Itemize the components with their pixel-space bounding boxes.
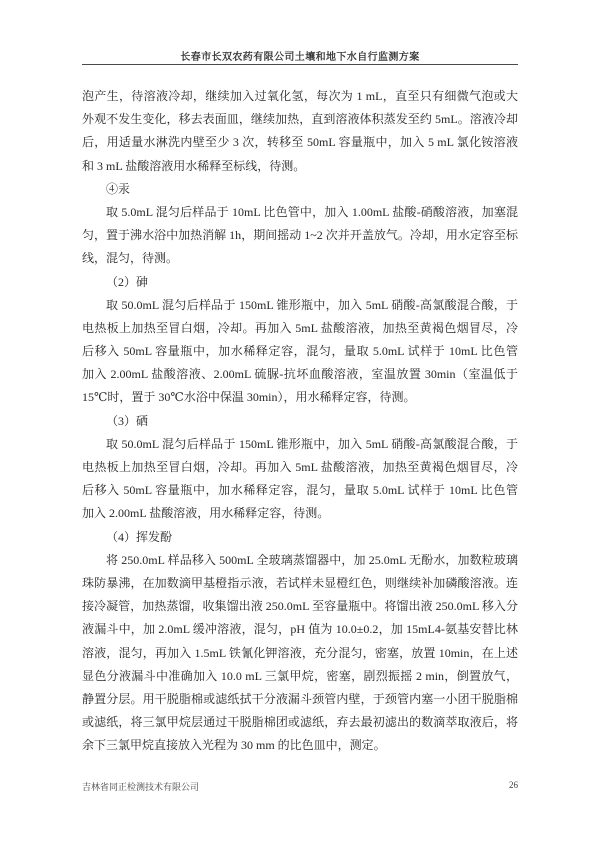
body-line: 泡产生，待溶液冷却，继续加入过氧化氢，每次为 1 mL，直至只有细微气泡或大致	[82, 85, 518, 108]
body-line: 和 3 mL 盐酸溶液用水稀释至标线，待测。	[82, 155, 518, 178]
body-line: 加入 2.00mL 盐酸溶液，用水稀释定容，待测。	[82, 502, 518, 525]
body-line: （2）砷	[82, 271, 518, 294]
body-line: 后移入 50mL 容量瓶中，加水稀释定容，混匀，量取 5.0mL 试样于 10m…	[82, 479, 518, 502]
body-line: 后，用适量水淋洗内壁至少 3 次，转移至 50mL 容量瓶中，加入 5 mL 氯…	[82, 131, 518, 154]
page-footer: 吉林省同正检测技术有限公司 26	[82, 780, 518, 793]
body-line: （4）挥发酚	[82, 526, 518, 549]
body-line: 电热板上加热至冒白烟，冷却。再加入 5mL 盐酸溶液，加热至黄褐色烟冒尽，冷却	[82, 456, 518, 479]
body-line: 匀，置于沸水浴中加热消解 1h，期间摇动 1~2 次并开盖放气。冷却，用水定容至…	[82, 224, 518, 247]
footer-company: 吉林省同正检测技术有限公司	[82, 780, 199, 793]
body-line: 后移入 50mL 容量瓶中，加水稀释定容，混匀，量取 5.0mL 试样于 10m…	[82, 340, 518, 363]
page-number: 26	[509, 780, 518, 790]
body-line: 取 50.0mL 混匀后样品于 150mL 锥形瓶中，加入 5mL 硝酸-高氯酸…	[82, 433, 518, 456]
body-line: 线，混匀，待测。	[82, 247, 518, 270]
header-title: 长春市长双农药有限公司土壤和地下水自行监测方案	[82, 48, 518, 63]
header-rule	[82, 64, 518, 65]
body-line: 取 5.0mL 混匀后样品于 10mL 比色管中，加入 1.00mL 盐酸-硝酸…	[82, 201, 518, 224]
body-line: 接冷凝管，加热蒸馏，收集馏出液 250.0mL 至容量瓶中。将馏出液 250.0…	[82, 595, 518, 618]
body-line: ④汞	[82, 178, 518, 201]
body-line: 溶液，混匀，再加入 1.5mL 铁氰化钾溶液，充分混匀，密塞，放置 10min，…	[82, 642, 518, 665]
body-line: 加入 2.00mL 盐酸溶液、2.00mL 硫脲-抗坏血酸溶液，室温放置 30m…	[82, 363, 518, 386]
document-body: 泡产生，待溶液冷却，继续加入过氧化氢，每次为 1 mL，直至只有细微气泡或大致外…	[82, 85, 518, 757]
document-page: 长春市长双农药有限公司土壤和地下水自行监测方案 泡产生，待溶液冷却，继续加入过氧…	[0, 0, 600, 848]
body-line: 静置分层。用干脱脂棉或滤纸拭干分液漏斗颈管内壁，于颈管内塞一小团干脱脂棉	[82, 688, 518, 711]
body-line: 余下三氯甲烷直接放入光程为 30 mm 的比色皿中，测定。	[82, 734, 518, 757]
body-line: 显色分液漏斗中准确加入 10.0 mL 三氯甲烷，密塞，剧烈振摇 2 min，倒…	[82, 665, 518, 688]
body-line: 电热板上加热至冒白烟，冷却。再加入 5mL 盐酸溶液，加热至黄褐色烟冒尽，冷却	[82, 317, 518, 340]
body-line: 珠防暴沸，在加数滴甲基橙指示液，若试样未显橙红色，则继续补加磷酸溶液。连	[82, 572, 518, 595]
body-line: 将 250.0mL 样品移入 500mL 全玻璃蒸馏器中，加 25.0mL 无酚…	[82, 549, 518, 572]
body-line: 15℃时，置于 30℃水浴中保温 30min），用水稀释定容，待测。	[82, 386, 518, 409]
body-line: 或滤纸，将三氯甲烷层通过干脱脂棉团或滤纸，弃去最初滤出的数滴萃取液后，将	[82, 711, 518, 734]
body-line: 外观不发生变化，移去表面皿，继续加热，直到溶液体积蒸发至约 5mL。溶液冷却	[82, 108, 518, 131]
body-line: （3）硒	[82, 410, 518, 433]
body-line: 液漏斗中，加 2.0mL 缓冲溶液，混匀，pH 值为 10.0±0.2，加 15…	[82, 618, 518, 641]
body-line: 取 50.0mL 混匀后样品于 150mL 锥形瓶中，加入 5mL 硝酸-高氯酸…	[82, 294, 518, 317]
